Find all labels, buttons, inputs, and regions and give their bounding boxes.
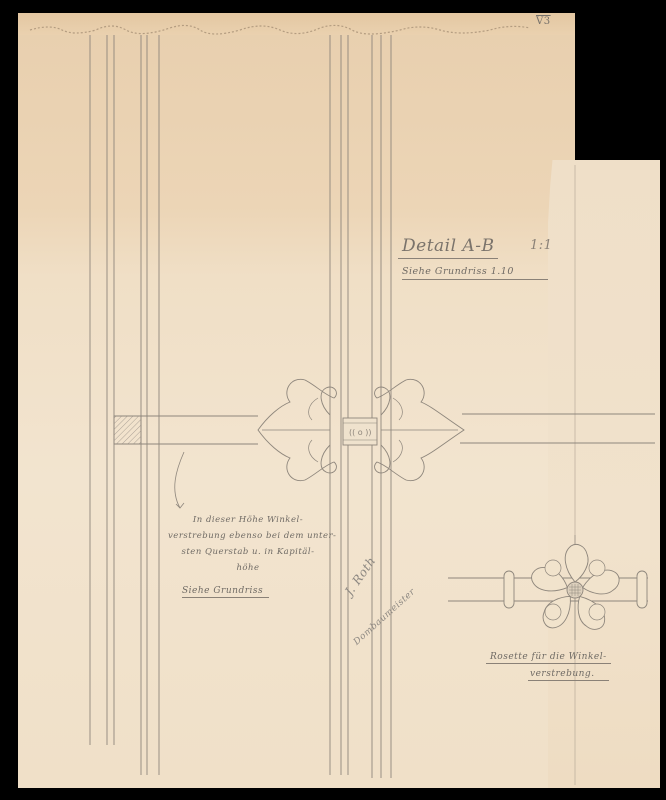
annotation-line: In dieser Höhe Winkel- — [168, 512, 328, 528]
annotation-reference: Siehe Grundriss — [182, 586, 269, 598]
sheet-number: V3 — [536, 16, 551, 27]
svg-text:(( o )): (( o )) — [349, 428, 371, 437]
rosette-caption-line1: Rosette für die Winkel- — [486, 652, 611, 664]
drawing-subtitle: Siehe Grundriss 1.10 — [402, 266, 548, 280]
annotation-note: In dieser Höhe Winkel- verstrebung ebens… — [168, 512, 328, 576]
rosette-caption-line2: verstrebung. — [528, 669, 609, 681]
drawing-title: Detail A-B — [398, 236, 498, 259]
annotation-line: verstrebung ebenso bei dem unter- — [168, 528, 328, 544]
annotation-line: höhe — [168, 560, 328, 576]
drawing-scale: 1:1 — [530, 238, 552, 253]
annotation-line: sten Querstab u. in Kapitäl- — [168, 544, 328, 560]
